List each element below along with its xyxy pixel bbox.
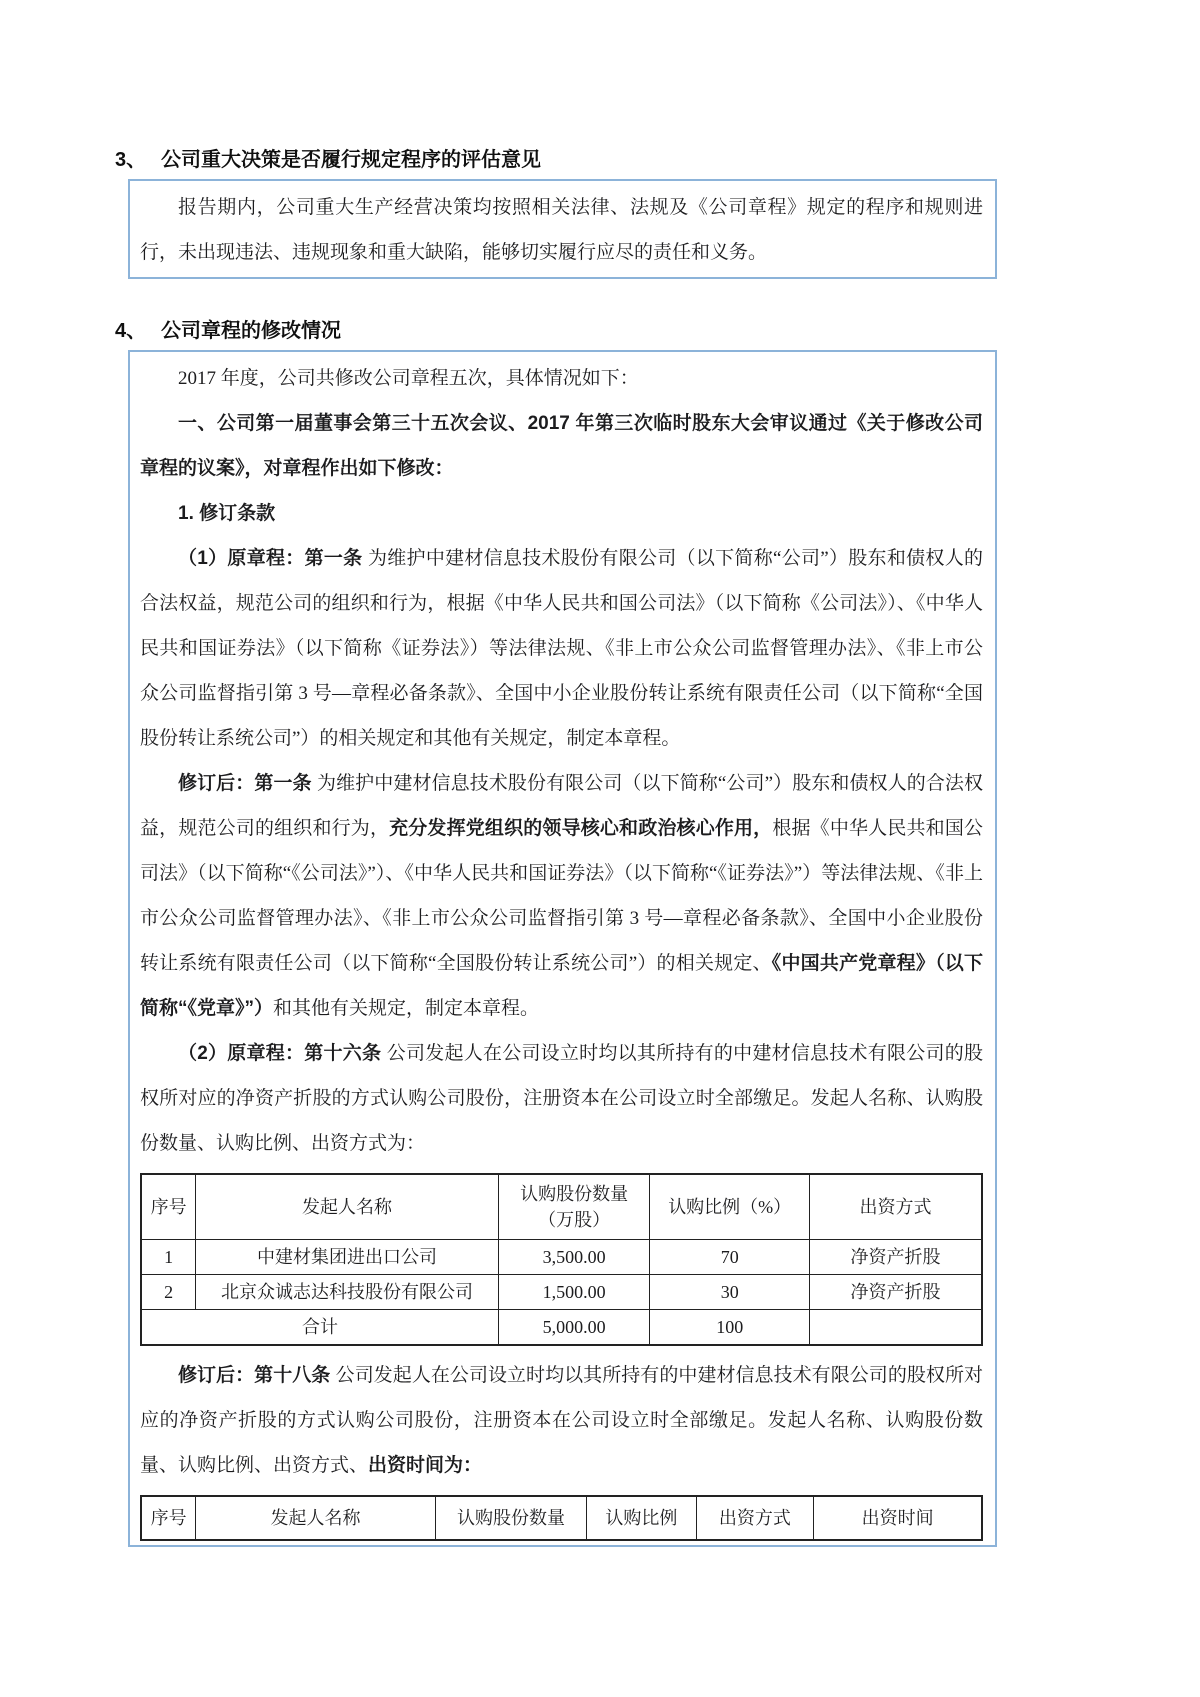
document-page: 3、 公司重大决策是否履行规定程序的评估意见 报告期内，公司重大生产经营决策均按… — [0, 0, 1200, 1697]
bold-text-run: 1. 修订条款 — [178, 503, 275, 524]
bold-text-run: 修订后：第十八条 — [178, 1365, 336, 1386]
text-run: 2017 年度，公司共修改公司章程五次，具体情况如下： — [178, 368, 639, 389]
column-header: 序号 — [141, 1174, 196, 1240]
table-cell: 北京众诚志达科技股份有限公司 — [196, 1275, 499, 1310]
text-run: 报告期内，公司重大生产经营决策均按照相关法律、法规及《公司章程》规定的程序和规则… — [140, 197, 983, 263]
table-header-row: 序号发起人名称认购股份数量认购比例出资方式出资时间 — [141, 1496, 982, 1540]
paragraph: 修订后：第一条 为维护中建材信息技术股份有限公司（以下简称“公司”）股东和债权人… — [140, 761, 983, 1031]
founders-table-original: 序号发起人名称认购股份数量（万股）认购比例（%）出资方式1中建材集团进出口公司3… — [140, 1173, 983, 1346]
text-run: 为维护中建材信息技术股份有限公司（以下简称“公司”）股东和债权人的合法权益，规范… — [140, 548, 983, 749]
column-header: 序号 — [141, 1496, 196, 1540]
table-cell: 70 — [650, 1240, 810, 1275]
section-3-number: 3、 — [115, 143, 161, 172]
paragraph: 修订后：第十八条 公司发起人在公司设立时均以其所持有的中建材信息技术有限公司的股… — [140, 1353, 983, 1488]
table-cell: 中建材集团进出口公司 — [196, 1240, 499, 1275]
section-4-box: 2017 年度，公司共修改公司章程五次，具体情况如下：一、公司第一届董事会第三十… — [128, 350, 997, 1547]
table-cell: 100 — [650, 1310, 810, 1346]
column-header: 出资方式 — [696, 1496, 814, 1540]
bold-text-run: 充分发挥党组织的领导核心和政治核心作用， — [389, 818, 772, 839]
column-header: 出资方式 — [810, 1174, 982, 1240]
paragraph: 一、公司第一届董事会第三十五次会议、2017 年第三次临时股东大会审议通过《关于… — [140, 401, 983, 491]
column-header: 发起人名称 — [196, 1496, 436, 1540]
bold-text-run: 修订后：第一条 — [178, 773, 317, 794]
paragraph: 1. 修订条款 — [140, 491, 983, 536]
column-header: 认购股份数量 — [435, 1496, 586, 1540]
section-4-title: 公司章程的修改情况 — [161, 314, 997, 343]
section-3-heading: 3、 公司重大决策是否履行规定程序的评估意见 — [115, 143, 997, 172]
section-4-number: 4、 — [115, 314, 161, 343]
table-cell: 1 — [141, 1240, 196, 1275]
total-label-cell: 合计 — [141, 1310, 498, 1346]
table-cell: 5,000.00 — [498, 1310, 649, 1346]
column-header: 出资时间 — [814, 1496, 982, 1540]
column-header: 认购股份数量（万股） — [498, 1174, 649, 1240]
table-cell: 3,500.00 — [498, 1240, 649, 1275]
table-cell — [810, 1310, 982, 1346]
section-3-title: 公司重大决策是否履行规定程序的评估意见 — [161, 143, 997, 172]
bold-text-run: （2）原章程：第十六条 — [178, 1043, 387, 1064]
table-header-row: 序号发起人名称认购股份数量（万股）认购比例（%）出资方式 — [141, 1174, 982, 1240]
paragraph: （1）原章程：第一条 为维护中建材信息技术股份有限公司（以下简称“公司”）股东和… — [140, 536, 983, 761]
document-content: 3、 公司重大决策是否履行规定程序的评估意见 报告期内，公司重大生产经营决策均按… — [0, 0, 1200, 1547]
text-run: 和其他有关规定，制定本章程。 — [273, 998, 539, 1019]
section-4: 4、 公司章程的修改情况 2017 年度，公司共修改公司章程五次，具体情况如下：… — [128, 314, 997, 1547]
paragraph: 报告期内，公司重大生产经营决策均按照相关法律、法规及《公司章程》规定的程序和规则… — [140, 185, 983, 275]
table-cell: 净资产折股 — [810, 1240, 982, 1275]
section-4-heading: 4、 公司章程的修改情况 — [115, 314, 997, 343]
table-cell: 净资产折股 — [810, 1275, 982, 1310]
column-header: 发起人名称 — [196, 1174, 499, 1240]
founders-table-revised: 序号发起人名称认购股份数量认购比例出资方式出资时间 — [140, 1495, 983, 1541]
paragraph: （2）原章程：第十六条 公司发起人在公司设立时均以其所持有的中建材信息技术有限公… — [140, 1031, 983, 1166]
text-run: 根据《中华人民共和国公司法》（以下简称“《公司法》”）、《中华人民共和国证券法》… — [140, 818, 983, 974]
table-cell: 30 — [650, 1275, 810, 1310]
column-header: 认购比例（%） — [650, 1174, 810, 1240]
bold-text-run: 一、公司第一届董事会第三十五次会议、2017 年第三次临时股东大会审议通过《关于… — [140, 413, 983, 479]
bold-text-run: （1）原章程：第一条 — [178, 548, 368, 569]
bold-text-run: 出资时间为： — [368, 1455, 482, 1476]
paragraph: 2017 年度，公司共修改公司章程五次，具体情况如下： — [140, 356, 983, 401]
table-cell: 1,500.00 — [498, 1275, 649, 1310]
table-total-row: 合计5,000.00100 — [141, 1310, 982, 1346]
table-row: 2北京众诚志达科技股份有限公司1,500.0030净资产折股 — [141, 1275, 982, 1310]
column-header: 认购比例 — [587, 1496, 696, 1540]
section-3: 3、 公司重大决策是否履行规定程序的评估意见 报告期内，公司重大生产经营决策均按… — [128, 143, 997, 279]
table-cell: 2 — [141, 1275, 196, 1310]
section-3-box: 报告期内，公司重大生产经营决策均按照相关法律、法规及《公司章程》规定的程序和规则… — [128, 179, 997, 279]
table-row: 1中建材集团进出口公司3,500.0070净资产折股 — [141, 1240, 982, 1275]
section-gap — [128, 279, 997, 314]
